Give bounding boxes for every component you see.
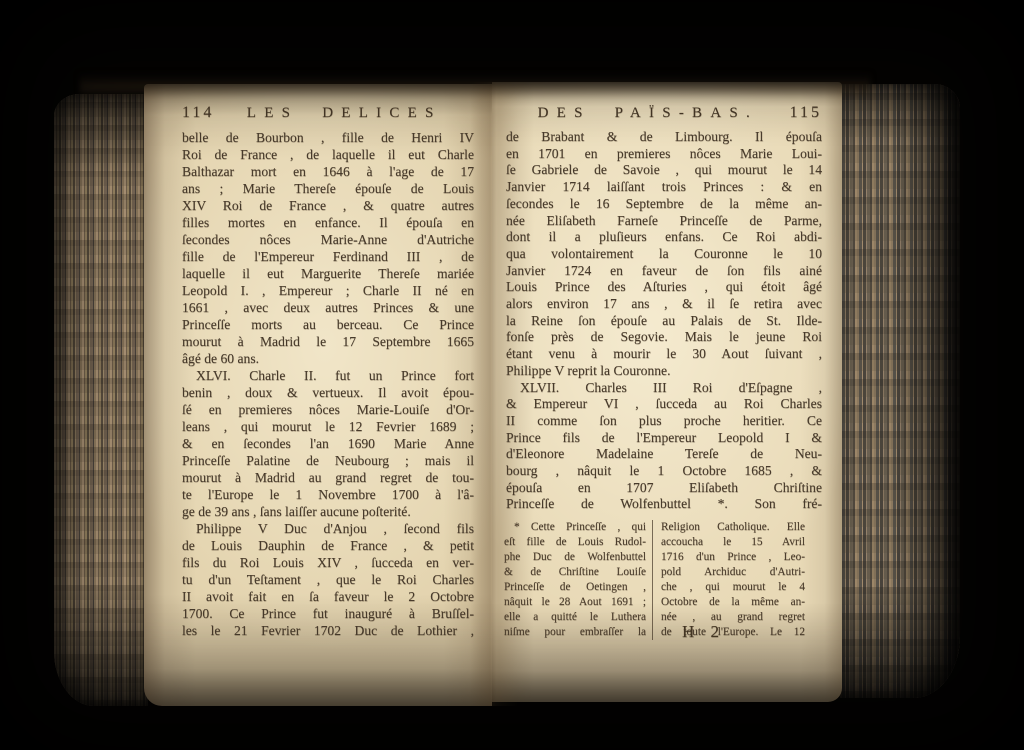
- text-line: ſe Gabriele de Savoie , qui mourut le 14: [506, 162, 822, 179]
- text-line: Balthazar mort en 1646 à l'age de 17: [182, 163, 474, 180]
- text-line: Philippe V Duc d'Anjou , ſecond fils: [182, 520, 474, 537]
- text-line: Roi de France , de laquelle il eut Charl…: [182, 146, 474, 163]
- footnote-line: Princeſſe de Oetingen ,: [504, 580, 646, 595]
- footnote-line: elle a quitté le Luthera: [504, 610, 646, 625]
- text-line: tu d'un Teſtament , que le Roi Charles: [182, 571, 474, 588]
- text-line: d'Eleonore Madelaine Tereſe de Neu-: [506, 446, 822, 463]
- text-line: de Brabant & de Limbourg. Il épouſa: [506, 129, 822, 146]
- text-line: benin , doux & vertueux. Il avoit épou-: [182, 384, 474, 401]
- text-line: fils du Roi Louis XIV , ſucceda en ver-: [182, 554, 474, 571]
- footnote-line: pold Archiduc d'Autri-: [661, 565, 805, 580]
- text-line: de Louis Dauphin de France , & petit: [182, 537, 474, 554]
- running-title-right: DES PAÏS-BAS.: [506, 105, 790, 122]
- paragraph: de Brabant & de Limbourg. Il épouſaen 17…: [506, 129, 822, 380]
- footnote-line: * Cette Princeſſe , qui: [504, 520, 646, 535]
- text-line: Janvier 1714 laiſſant trois Princes : & …: [506, 179, 822, 196]
- text-line: qua volontairement la Couronne le 10: [506, 246, 822, 263]
- text-line: Leopold I. , Empereur ; Charle II né en: [182, 282, 474, 299]
- text-line: ſé en premieres nôces Marie-Louiſe d'Or-: [182, 401, 474, 418]
- text-line: Janvier 1724 en faveur de ſon fils ainé: [506, 263, 822, 280]
- text-line: Philippe V reprit la Couronne.: [506, 363, 822, 380]
- text-line: âgé de 60 ans.: [182, 350, 474, 367]
- text-line: Princeſſe Palatine de Neubourg ; mais il: [182, 452, 474, 469]
- text-line: les le 21 Fevrier 1702 Duc de Lothier ,: [182, 622, 474, 639]
- folio-number-left: 114: [182, 104, 214, 122]
- text-line: étant venu à mourir le 30 Aout ſuivant ,: [506, 346, 822, 363]
- text-line: bourg , nâquit le 1 Octobre 1685 , &: [506, 463, 822, 480]
- text-line: la Reine ſon épouſe au Palais de St. Ild…: [506, 313, 822, 330]
- footnote-line: accoucha le 15 Avril: [661, 535, 805, 550]
- text-line: te l'Europe le 1 Novembre 1700 à l'â-: [182, 486, 474, 503]
- photo-stage: 114 LES DELICES belle de Bourbon , fille…: [0, 0, 1024, 750]
- text-line: XIV Roi de France , & quatre autres: [182, 197, 474, 214]
- text-line: en 1701 en premieres nôces Marie Loui-: [506, 146, 822, 163]
- text-line: & Empereur VI , ſucceda au Roi Charles: [506, 396, 822, 413]
- text-line: belle de Bourbon , fille de Henri IV: [182, 129, 474, 146]
- text-line: épouſa en 1707 Eliſabeth Chriſtine: [506, 480, 822, 497]
- paragraph: XLVII. Charles III Roi d'Eſpagne ,& Empe…: [506, 380, 822, 514]
- text-line: fonſe près de Segovie. Mais le jeune Roi: [506, 329, 822, 346]
- text-line: Louis Prince des Aſturies , qui étoit âg…: [506, 279, 822, 296]
- footnote-line: niſme pour embraſſer la: [504, 625, 646, 640]
- open-book: 114 LES DELICES belle de Bourbon , fille…: [54, 82, 960, 712]
- text-line: dont il a pluſieurs enfans. Ce Roi abdi-: [506, 229, 822, 246]
- footnote-line: eſt fille de Louis Rudol-: [504, 535, 646, 550]
- right-page-body: de Brabant & de Limbourg. Il épouſaen 17…: [506, 129, 822, 513]
- text-line: Prince fils de l'Empereur Leopold I &: [506, 430, 822, 447]
- text-line: ſecondes le 16 Septembre de la même an-: [506, 196, 822, 213]
- text-line: II avoit fait en ſa faveur le 2 Octobre: [182, 588, 474, 605]
- text-line: ans ; Marie Thereſe épouſe de Louis: [182, 180, 474, 197]
- text-line: 1661 , avec deux autres Princes & une: [182, 299, 474, 316]
- text-line: alors environ 17 ans , & il ſe retira av…: [506, 296, 822, 313]
- text-line: ſecondes nôces Marie-Anne d'Autriche: [182, 231, 474, 248]
- text-line: XLVII. Charles III Roi d'Eſpagne ,: [506, 380, 822, 397]
- text-line: filles mortes en enfance. Il épouſa en: [182, 214, 474, 231]
- left-page-text: 114 LES DELICES belle de Bourbon , fille…: [182, 104, 474, 639]
- right-page-header: DES PAÏS-BAS. 115: [506, 104, 822, 122]
- text-line: fille de l'Empereur Ferdinand III , de: [182, 248, 474, 265]
- text-line: Princeſſe de Wolfenbuttel *. Son fré-: [506, 496, 822, 513]
- footnote-line: phe Duc de Wolfenbuttel: [504, 550, 646, 565]
- text-line: mourut à Madrid le 17 Septembre 1665: [182, 333, 474, 350]
- footnote-line: 1716 d'un Prince , Leo-: [661, 550, 805, 565]
- left-page-body: belle de Bourbon , fille de Henri IVRoi …: [182, 129, 474, 639]
- text-line: mourut à Madrid au grand regret de tou-: [182, 469, 474, 486]
- footnote-line: Religion Catholique. Elle: [661, 520, 805, 535]
- page-edges-right: [840, 84, 960, 698]
- text-line: 1700. Ce Prince fut inauguré à Bruſſel-: [182, 605, 474, 622]
- footnote-line: Octobre de la même an-: [661, 595, 805, 610]
- text-line: leans , qui mourut le 12 Fevrier 1689 ;: [182, 418, 474, 435]
- footnote: * Cette Princeſſe , quieſt fille de Loui…: [504, 520, 808, 640]
- text-line: née Eliſabeth Farneſe Princeſſe de Parme…: [506, 213, 822, 230]
- text-line: ge de 39 ans , ſans laiſſer aucune poſte…: [182, 503, 474, 520]
- left-page-header: 114 LES DELICES: [182, 104, 474, 122]
- right-page-text: DES PAÏS-BAS. 115 de Brabant & de Limbou…: [506, 104, 822, 513]
- text-line: & en ſecondes l'an 1690 Marie Anne: [182, 435, 474, 452]
- text-line: Princeſſe morts au berceau. Ce Prince: [182, 316, 474, 333]
- signature-mark: H 2: [682, 622, 725, 642]
- running-title-left: LES DELICES: [214, 105, 474, 122]
- folio-number-right: 115: [790, 104, 822, 122]
- footnote-line: che , qui mourut le 4: [661, 580, 805, 595]
- footnote-column-left: * Cette Princeſſe , quieſt fille de Loui…: [504, 520, 652, 640]
- footnote-line: nâquit le 28 Aout 1691 ;: [504, 595, 646, 610]
- paragraph: Philippe V Duc d'Anjou , ſecond filsde L…: [182, 520, 474, 639]
- paragraph: belle de Bourbon , fille de Henri IVRoi …: [182, 129, 474, 367]
- footnote-line: & de Chriſtine Louiſe: [504, 565, 646, 580]
- text-line: II comme ſon plus proche heritier. Ce: [506, 413, 822, 430]
- text-line: XLVI. Charle II. fut un Prince fort: [182, 367, 474, 384]
- footnote-column-right: Religion Catholique. Elleaccoucha le 15 …: [653, 520, 805, 640]
- text-line: laquelle il eut Marguerite Thereſe marié…: [182, 265, 474, 282]
- page-edges-left: [54, 94, 148, 706]
- paragraph: XLVI. Charle II. fut un Prince fortbenin…: [182, 367, 474, 520]
